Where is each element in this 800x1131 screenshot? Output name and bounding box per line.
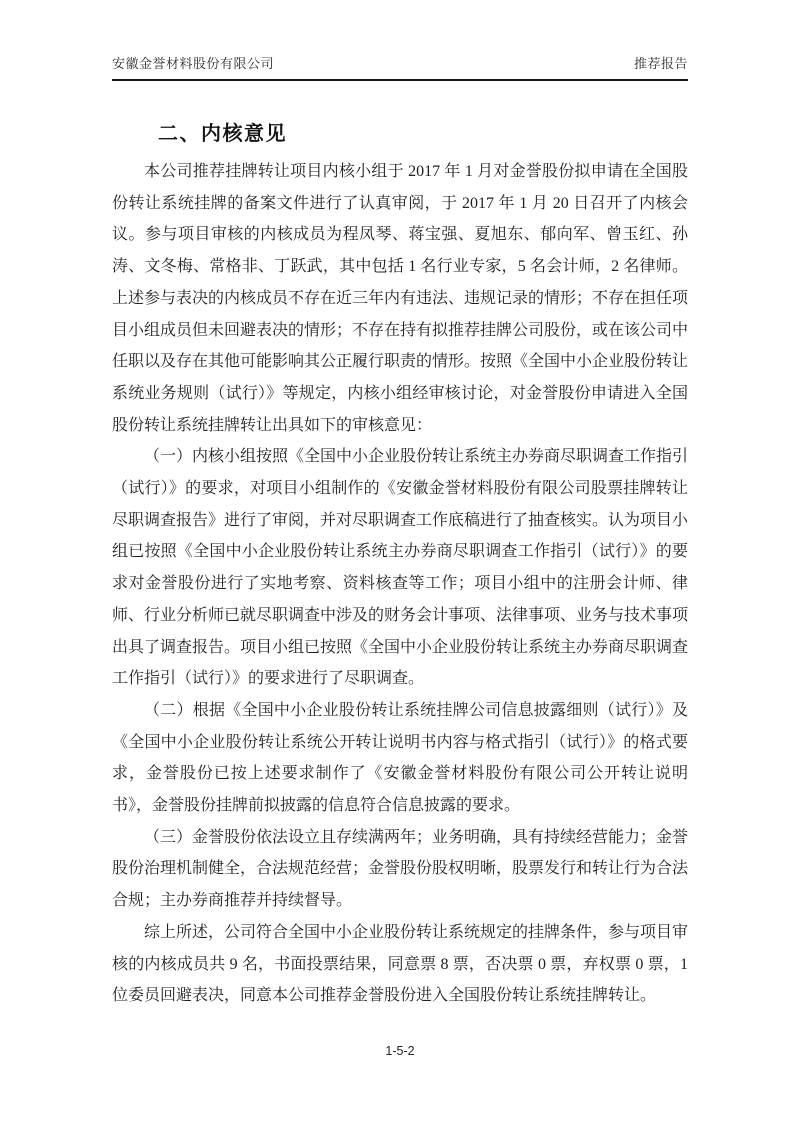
- paragraph-opinion-2: （二）根据《全国中小企业股份转让系统挂牌公司信息披露细则（试行）》及《全国中小企…: [112, 695, 688, 822]
- paragraph-opinion-3: （三）金誉股份依法设立且存续满两年；业务明确，具有持续经营能力；金誉股份治理机制…: [112, 822, 688, 917]
- header-report-type: 推荐报告: [634, 53, 688, 72]
- document-body: 本公司推荐挂牌转让项目内核小组于 2017 年 1 月对金誉股份拟申请在全国股份…: [112, 156, 688, 1012]
- paragraph-opinion-1: （一）内核小组按照《全国中小企业股份转让系统主办券商尽职调查工作指引（试行）》的…: [112, 441, 688, 695]
- page-footer: 1-5-2: [0, 1044, 800, 1058]
- document-page: 安徽金誉材料股份有限公司 推荐报告 二、内核意见 本公司推荐挂牌转让项目内核小组…: [0, 0, 800, 1131]
- section-title: 二、内核意见: [112, 117, 688, 146]
- header-company-name: 安徽金誉材料股份有限公司: [112, 53, 274, 72]
- paragraph-conclusion: 综上所述，公司符合全国中小企业股份转让系统规定的挂牌条件，参与项目审核的内核成员…: [112, 917, 688, 1012]
- page-header: 安徽金誉材料股份有限公司 推荐报告: [112, 0, 688, 81]
- page-number: 1-5-2: [385, 1044, 414, 1058]
- paragraph-intro: 本公司推荐挂牌转让项目内核小组于 2017 年 1 月对金誉股份拟申请在全国股份…: [112, 156, 688, 441]
